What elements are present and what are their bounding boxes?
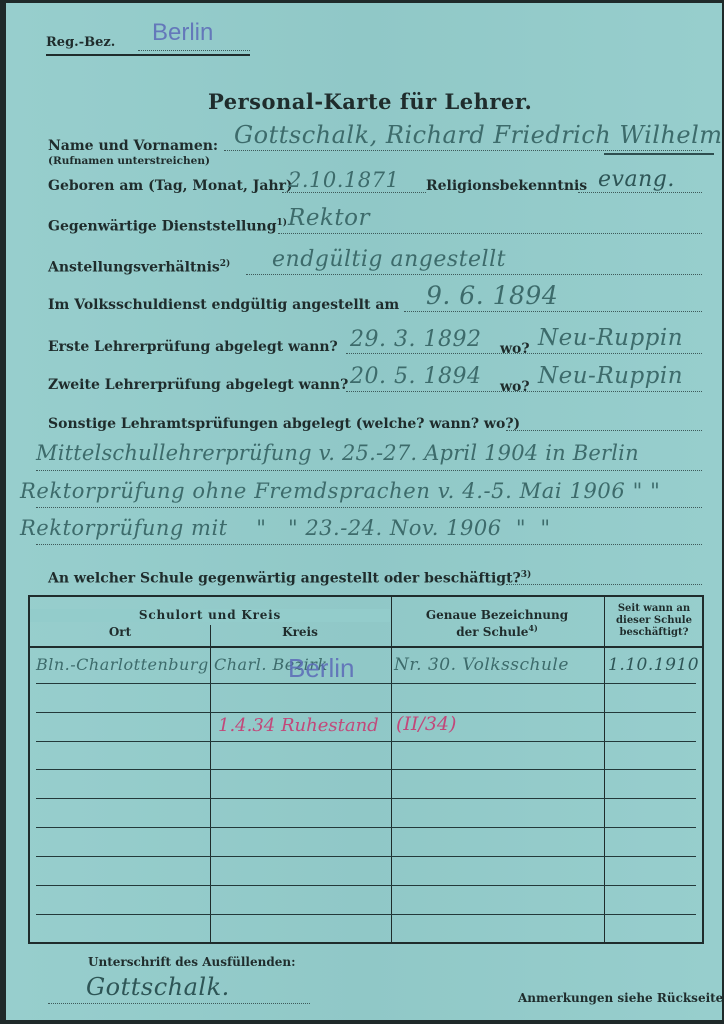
row-line xyxy=(36,712,696,713)
school-history-table: Ort Schulort und Kreis Ort Kreis Genaue … xyxy=(28,595,704,944)
reg-bez-stamp: Berlin xyxy=(152,19,213,47)
page-title: Personal-Karte für Lehrer. xyxy=(208,89,532,114)
row-line xyxy=(36,914,696,915)
col-header-kreis: Kreis xyxy=(210,626,390,639)
row-line xyxy=(36,798,696,799)
row-line xyxy=(36,856,696,857)
other-exams-dotted-line-2 xyxy=(36,507,702,508)
footnote-reference: Anmerkungen siehe Rückseite. xyxy=(518,991,724,1005)
religion-dotted-line xyxy=(578,192,702,193)
col-header-bezeichnung: Genaue Bezeichnungder Schule4) xyxy=(391,609,603,639)
reg-bez-underline xyxy=(46,54,250,56)
position-value: Rektor xyxy=(288,205,370,231)
second-exam-where-label: wo? xyxy=(500,379,530,395)
row-line xyxy=(36,741,696,742)
row-line xyxy=(36,885,696,886)
rufname-underline xyxy=(604,153,714,155)
name-sublabel: (Rufnamen unterstreichen) xyxy=(48,155,210,167)
birth-label: Geboren am (Tag, Monat, Jahr) xyxy=(48,178,293,194)
other-exams-label: Sonstige Lehramtsprüfungen abgelegt (wel… xyxy=(48,416,520,432)
row1-ort: Bln.-Charlottenburg xyxy=(36,655,209,674)
retirement-note-code: (II/34) xyxy=(396,713,456,735)
other-exam-line-2: Rektorprüfung ohne Fremdsprachen v. 4.-5… xyxy=(20,479,660,503)
retirement-note: 1.4.34 Ruhestand xyxy=(218,715,379,736)
other-exams-dotted-line-1 xyxy=(36,470,702,471)
second-exam-where-value: Neu-Ruppin xyxy=(538,363,683,389)
row-line xyxy=(36,683,696,684)
second-exam-label: Zweite Lehrerprüfung abgelegt wann? xyxy=(48,377,348,393)
row-line xyxy=(36,827,696,828)
second-exam-date: 20. 5. 1894 xyxy=(350,364,481,389)
signature-label: Unterschrift des Ausfüllenden: xyxy=(88,955,296,969)
current-school-label: An welcher Schule gegenwärtig angestellt… xyxy=(48,570,531,587)
name-value: Gottschalk, Richard Friedrich Wilhelm xyxy=(234,121,723,149)
other-exams-dotted-line-3 xyxy=(36,544,702,545)
position-dotted-line xyxy=(278,233,702,234)
signature-dotted-line xyxy=(48,1003,310,1004)
signature-value: Gottschalk. xyxy=(86,973,230,1001)
other-exam-line-1: Mittelschullehrerprüfung v. 25.-27. Apri… xyxy=(36,441,639,465)
row1-berlin-stamp: Berlin xyxy=(288,653,354,684)
other-exams-dotted-line-0 xyxy=(506,430,702,431)
personnel-card: Reg.-Bez. Berlin Personal-Karte für Lehr… xyxy=(6,3,722,1020)
first-exam-where-label: wo? xyxy=(500,341,530,357)
name-dotted-line xyxy=(224,150,702,151)
col-header-seit: Seit wann andieser Schulebeschäftigt? xyxy=(604,603,704,639)
header-divider xyxy=(30,646,702,648)
row-line xyxy=(36,769,696,770)
current-school-dotted-line xyxy=(506,584,702,585)
name-label: Name und Vornamen: xyxy=(48,138,218,154)
employment-value: endgültig angestellt xyxy=(272,247,506,272)
permanent-label: Im Volksschuldienst endgültig angestellt… xyxy=(48,297,399,313)
birth-value: 2.10.1871 xyxy=(288,168,399,192)
first-exam-date: 29. 3. 1892 xyxy=(350,327,481,352)
permanent-value: 9. 6. 1894 xyxy=(426,281,558,310)
employment-dotted-line xyxy=(246,274,702,275)
reg-bez-dotted-line xyxy=(138,50,250,51)
religion-value: evang. xyxy=(598,167,675,192)
reg-bez-label: Reg.-Bez. xyxy=(46,35,115,50)
row1-seit: 1.10.1910 xyxy=(608,655,699,675)
employment-label: Anstellungsverhältnis2) xyxy=(48,259,230,276)
col-group-schulort: Schulort und Kreis xyxy=(30,609,390,622)
permanent-dotted-line xyxy=(404,311,702,312)
row1-bezeichnung: Nr. 30. Volksschule xyxy=(394,655,569,675)
col-divider-ort-kreis xyxy=(210,625,211,942)
first-exam-label: Erste Lehrerprüfung abgelegt wann? xyxy=(48,339,338,355)
first-exam-where-value: Neu-Ruppin xyxy=(538,325,683,351)
birth-dotted-line xyxy=(282,192,426,193)
other-exam-line-3: Rektorprüfung mit " " 23.-24. Nov. 1906 … xyxy=(20,516,551,540)
col-header-ort: Ort xyxy=(30,626,210,639)
position-label: Gegenwärtige Dienststellung1) xyxy=(48,218,287,235)
religion-label: Religionsbekenntnis xyxy=(426,178,587,194)
